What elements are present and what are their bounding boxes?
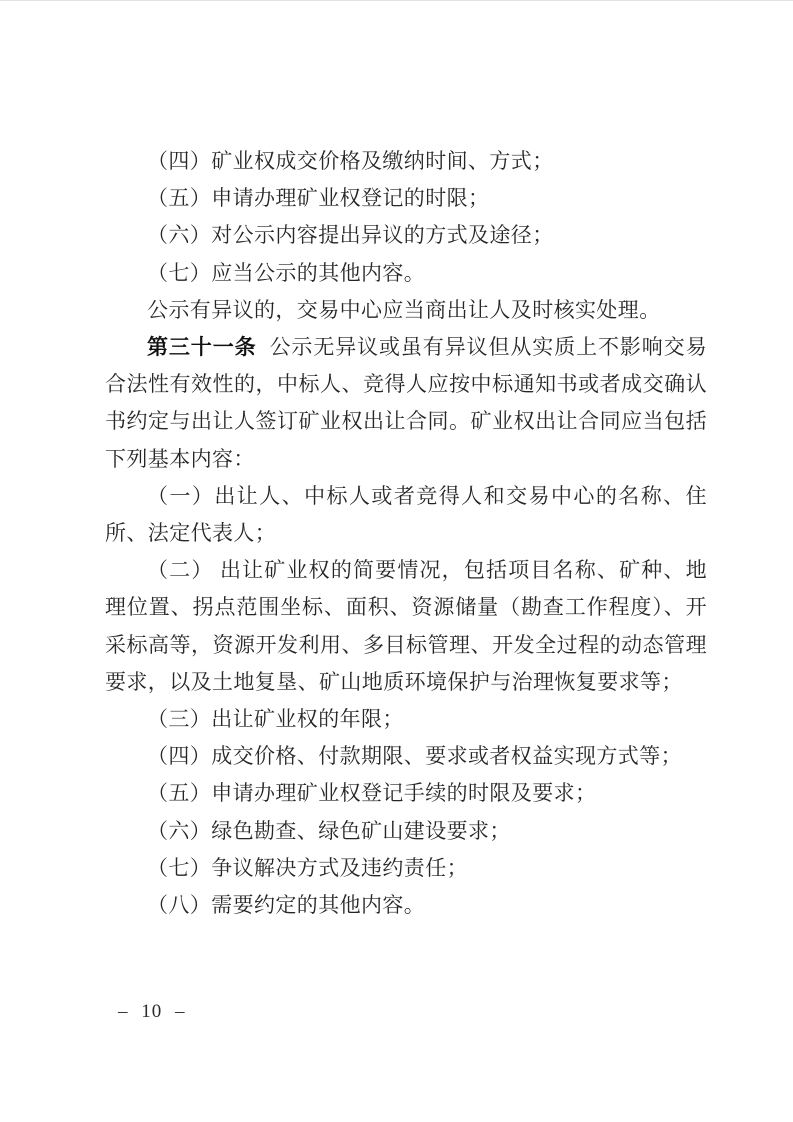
document-body: （四）矿业权成交价格及缴纳时间、方式； （五）申请办理矿业权登记的时限； （六）… bbox=[105, 143, 707, 924]
page-number: – 10 – bbox=[118, 1001, 186, 1022]
paragraph-objection-handling: 公示有异议的，交易中心应当商出让人及时核实处理。 bbox=[105, 292, 707, 329]
page-footer: – 10 – bbox=[118, 1000, 186, 1024]
contract-item-2: （二） 出让矿业权的简要情况，包括项目名称、矿种、地理位置、拐点范围坐标、面积、… bbox=[105, 552, 707, 701]
publicity-item-6: （六）对公示内容提出异议的方式及途径； bbox=[105, 217, 707, 254]
contract-item-3: （三）出让矿业权的年限； bbox=[105, 701, 707, 738]
scan-edge-line bbox=[0, 0, 793, 1]
publicity-item-4: （四）矿业权成交价格及缴纳时间、方式； bbox=[105, 143, 707, 180]
contract-item-5: （五）申请办理矿业权登记手续的时限及要求； bbox=[105, 775, 707, 812]
contract-item-4: （四）成交价格、付款期限、要求或者权益实现方式等； bbox=[105, 738, 707, 775]
contract-item-8: （八）需要约定的其他内容。 bbox=[105, 887, 707, 924]
article-31-paragraph: 第三十一条公示无异议或虽有异议但从实质上不影响交易合法性有效性的，中标人、竞得人… bbox=[105, 329, 707, 478]
article-31-number: 第三十一条 bbox=[147, 336, 257, 359]
publicity-item-5: （五）申请办理矿业权登记的时限； bbox=[105, 180, 707, 217]
publicity-item-7: （七）应当公示的其他内容。 bbox=[105, 255, 707, 292]
contract-item-7: （七）争议解决方式及违约责任； bbox=[105, 850, 707, 887]
contract-item-6: （六）绿色勘查、绿色矿山建设要求； bbox=[105, 813, 707, 850]
contract-item-1: （一）出让人、中标人或者竞得人和交易中心的名称、住所、法定代表人； bbox=[105, 478, 707, 552]
